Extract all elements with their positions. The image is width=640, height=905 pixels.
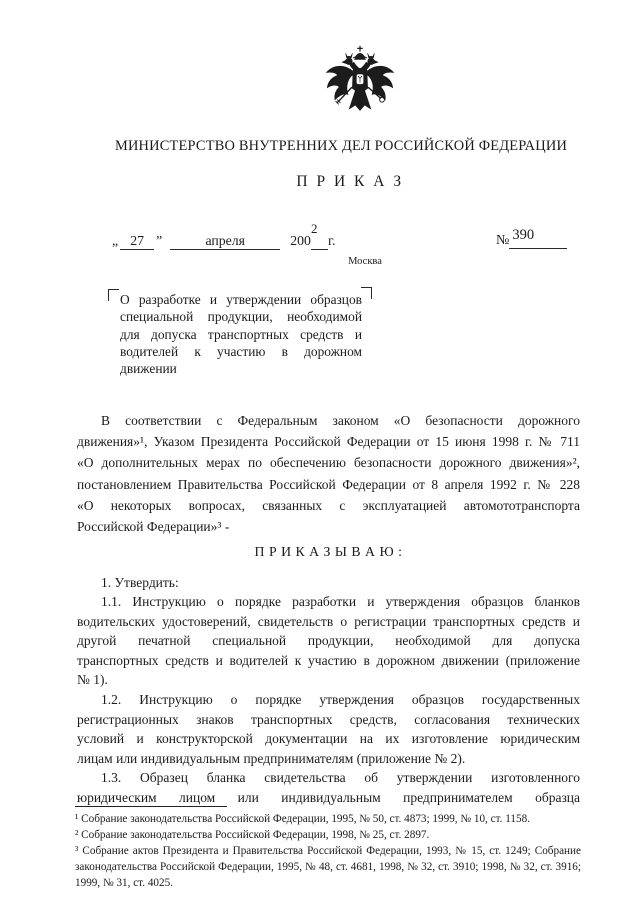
- order-item-1-2: 1.2. Инструкцию о порядке утверждения об…: [77, 690, 580, 768]
- footnote-3-line: законодательства Российской Федерации, 1…: [75, 859, 581, 875]
- text-line: № 1).: [77, 670, 580, 690]
- text-line: В соответствии с Федеральным законом «О …: [77, 410, 580, 431]
- order-item-1-1: 1.1. Инструкцию о порядке разработки и у…: [77, 592, 580, 690]
- text-line: водительских удостоверений, свидетельств…: [77, 612, 580, 632]
- text-line: 1.1. Инструкцию о порядке разработки и у…: [77, 592, 580, 612]
- text-line: лицам или индивидуальным предпринимателя…: [77, 749, 580, 769]
- coat-of-arms-icon: [321, 45, 399, 127]
- number-underline: 390: [509, 231, 567, 249]
- text-line: транспортных средств и водителей к участ…: [77, 651, 580, 671]
- footnotes-block: ¹ Собрание законодательства Российской Ф…: [75, 811, 581, 891]
- text-line: «О некоторых вопросах, связанных с экспл…: [77, 495, 580, 516]
- footnote-3-line: 1999, № 31, ст. 4025.: [75, 875, 581, 891]
- text-line: другой печатной специальной продукции, н…: [77, 631, 580, 651]
- text-line: условий и конструкторской документации н…: [77, 729, 580, 749]
- text-line: постановлением Правительства Российской …: [77, 474, 580, 495]
- text-line: 1. Утвердить:: [77, 573, 580, 593]
- order-heading: П Р И К А З Ы В А Ю :: [77, 544, 580, 560]
- preamble-paragraph: В соответствии с Федеральным законом «О …: [77, 410, 580, 537]
- footnote-divider: [75, 806, 227, 807]
- subject-line: О разработке и утверждении образцов: [120, 291, 362, 308]
- close-quote: ”: [156, 233, 162, 248]
- footnote-2: ² Собрание законодательства Российской Ф…: [75, 827, 581, 843]
- number-sign: №: [496, 233, 509, 248]
- order-document-page: МИНИСТЕРСТВО ВНУТРЕННИХ ДЕЛ РОССИЙСКОЙ Ф…: [0, 0, 640, 905]
- year-digit: 2: [311, 221, 318, 237]
- footnote-1: ¹ Собрание законодательства Российской Ф…: [75, 811, 581, 827]
- open-quote: „: [112, 233, 118, 248]
- year-prefix: 200: [290, 233, 311, 248]
- year-suffix: г.: [328, 233, 336, 248]
- footnote-3-line: ³ Собрание актов Президента и Правительс…: [75, 843, 581, 859]
- corner-mark-right: [361, 287, 372, 299]
- subject-block: О разработке и утверждении образцов спец…: [120, 291, 362, 377]
- subject-line: водителей к участию в дорожном: [120, 343, 362, 360]
- text-line: 1.2. Инструкцию о порядке утверждения об…: [77, 690, 580, 710]
- text-line: Российской Федерации»³ -: [77, 516, 580, 537]
- document-number: №390: [496, 231, 567, 249]
- order-item-1-3: 1.3. Образец бланка свидетельства об утв…: [77, 768, 580, 807]
- order-item-1: 1. Утвердить:: [77, 573, 580, 593]
- day-value: 27: [120, 233, 154, 250]
- text-line: 1.3. Образец бланка свидетельства об утв…: [77, 768, 580, 788]
- subject-line: специальной продукции, необходимой: [120, 308, 362, 325]
- text-line: «О дополнительных мерах по обеспечению б…: [77, 452, 580, 473]
- subject-line: для допуска транспортных средств и: [120, 326, 362, 343]
- ministry-name: МИНИСТЕРСТВО ВНУТРЕННИХ ДЕЛ РОССИЙСКОЙ Ф…: [90, 138, 592, 155]
- number-value: 390: [512, 227, 534, 243]
- document-type-title: П Р И К А З: [100, 173, 600, 191]
- date-line: „27”апреля2002г.: [110, 233, 336, 250]
- city-label: Москва: [329, 256, 401, 267]
- month-value: апреля: [170, 233, 280, 250]
- text-line: движения»¹, Указом Президента Российской…: [77, 431, 580, 452]
- subject-line: движении: [120, 360, 362, 377]
- text-line: регистрационных знаков транспортных сред…: [77, 710, 580, 730]
- text-line: юридическим лицом или индивидуальным пре…: [77, 788, 580, 808]
- year-underline: 2: [311, 234, 328, 250]
- corner-mark-left: [108, 289, 119, 301]
